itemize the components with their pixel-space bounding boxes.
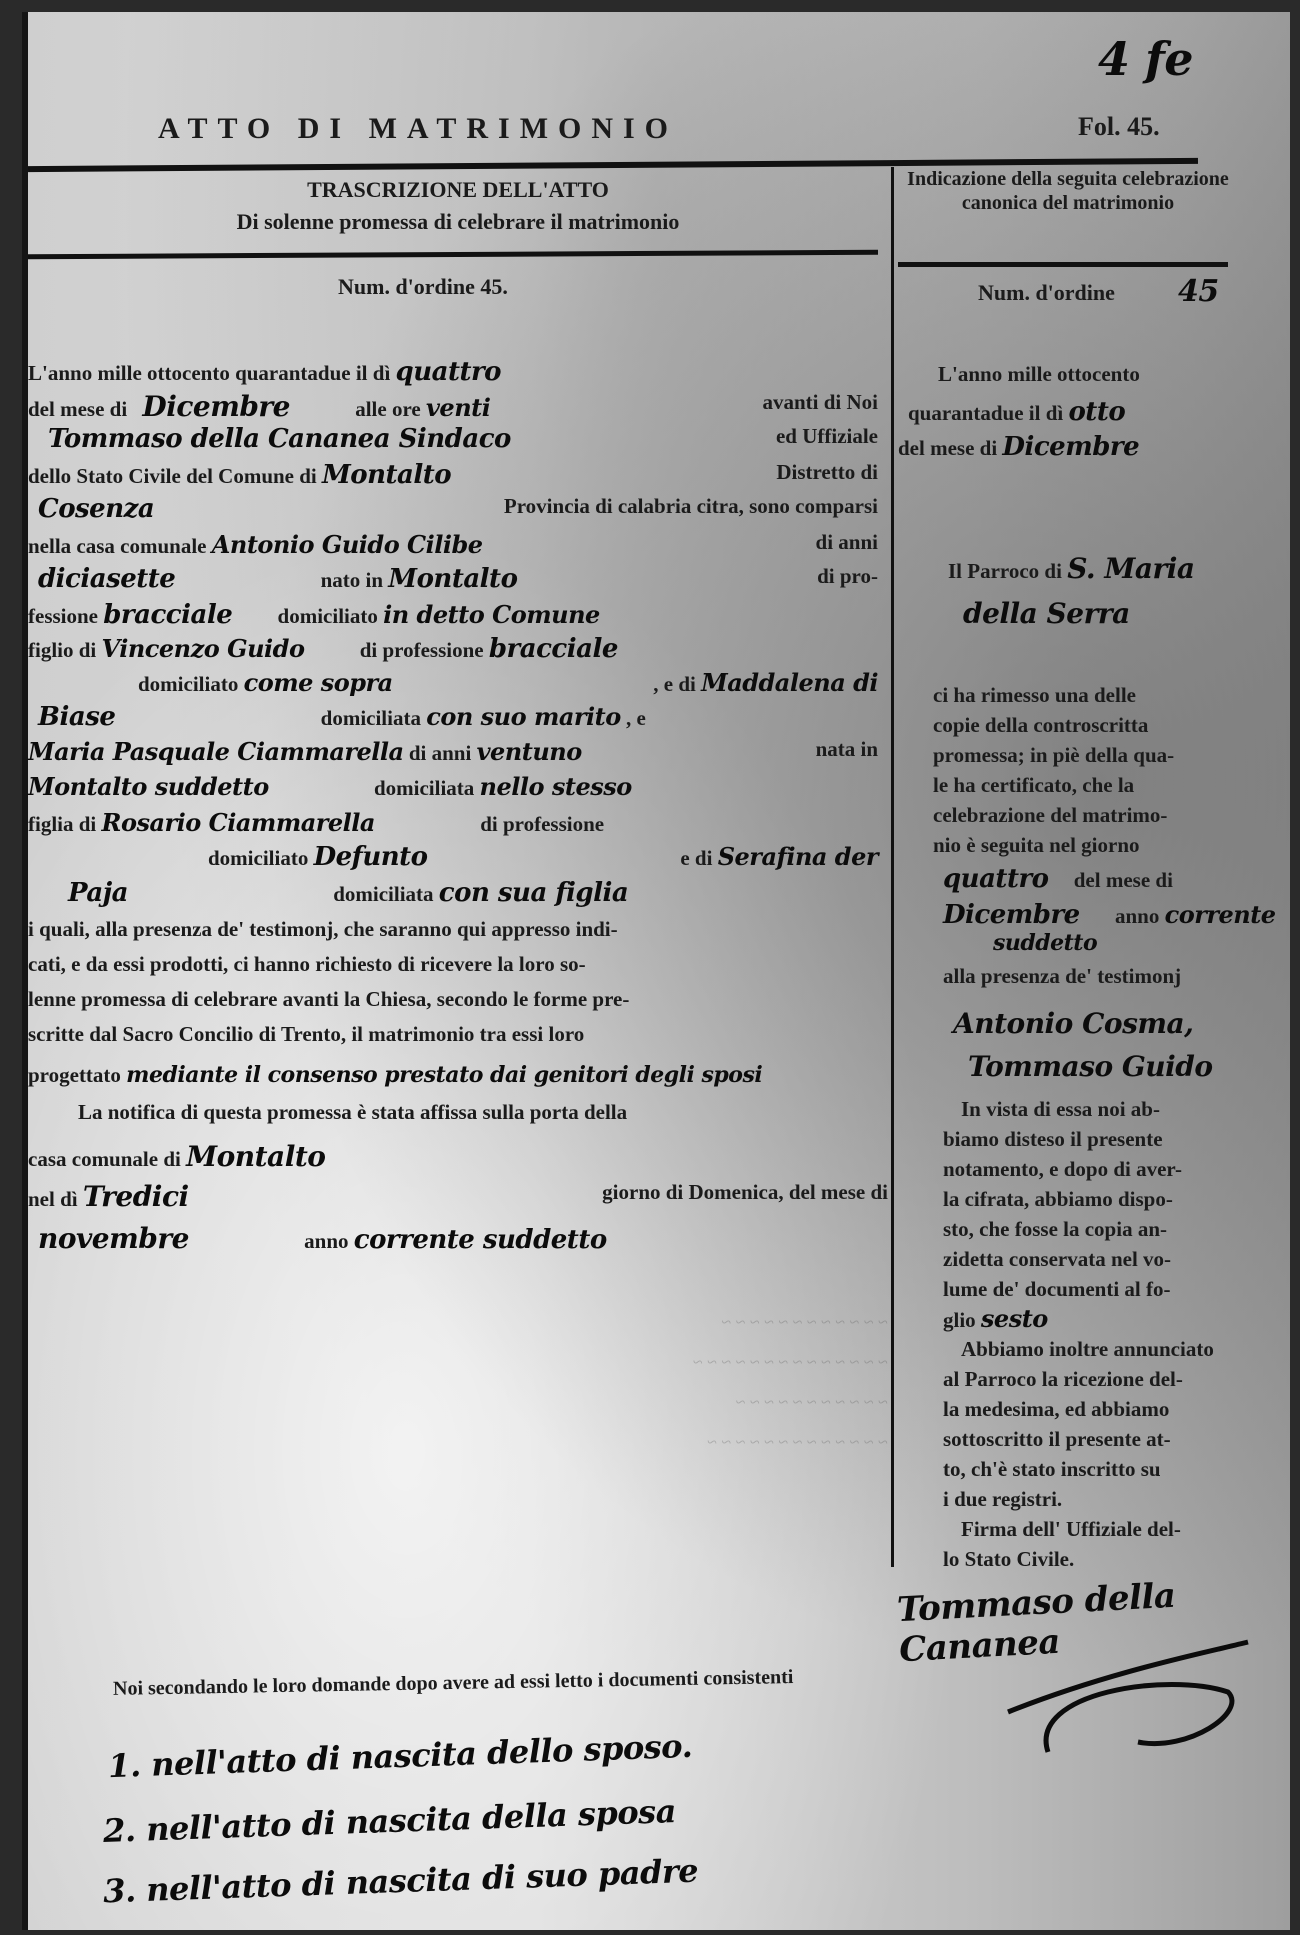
handwritten-father-profession: bracciale — [489, 634, 618, 664]
printed-text: di pro- — [817, 564, 878, 589]
printed-text: di anni — [816, 530, 878, 555]
left-heading-rule — [28, 250, 878, 259]
handwritten-notice-month: novembre — [38, 1222, 189, 1255]
abbiamo-line: al Parroco la ricezione del- — [943, 1364, 1214, 1394]
right-month-line: Dicembre anno corrente — [943, 900, 1276, 930]
printed-text: fessione — [28, 604, 98, 628]
printed-text: figlio di — [28, 638, 96, 662]
bleed-through-text: ~ ~ ~ ~ ~ ~ ~ ~ ~ ~ ~ ~~ ~ ~ ~ ~ ~ ~ ~ ~… — [128, 1302, 888, 1462]
right-heading-rule — [898, 262, 1228, 267]
handwritten-mother-surname-2: Paja — [68, 878, 128, 908]
left-order-number: Num. d'ordine 45. — [338, 274, 508, 300]
handwritten-bride-age: ventuno — [477, 737, 582, 766]
handwritten-groom: Antonio Guido Cilibe — [212, 530, 483, 559]
handwritten-parish-2: della Serra — [963, 597, 1130, 630]
witnesses-label: alla presenza de' testimonj — [943, 964, 1181, 989]
handwritten-parish: S. Maria — [1067, 552, 1194, 585]
printed-text: progettato — [28, 1063, 121, 1087]
record-line-2: del mese di Dicembre alle ore venti avan… — [28, 390, 878, 423]
handwritten-district: Cosenza — [38, 494, 154, 524]
printed-text: e di — [680, 846, 712, 870]
handwritten-officer: Tommaso della Cananea Sindaco — [48, 424, 511, 454]
abbiamo-line: lo Stato Civile. — [943, 1544, 1214, 1574]
handwritten-deceased: Defunto — [314, 842, 428, 872]
record-line-16: Paja domiciliata con sua figlia — [68, 878, 628, 908]
document-page: 4 fe ATTO DI MATRIMONIO Fol. 45. TRASCRI… — [22, 12, 1290, 1930]
handwritten-bride-father: Rosario Ciammarella — [102, 808, 375, 837]
handwritten-town-notice: Montalto — [186, 1140, 325, 1173]
left-heading: TRASCRIZIONE DELL'ATTO — [28, 177, 888, 203]
right-line-1: L'anno mille ottocento — [938, 362, 1140, 387]
printed-text: domiciliata — [333, 882, 433, 906]
handwritten-mother-surname: Biase — [38, 702, 115, 732]
body-line-3: lenne promessa di celebrare avanti la Ch… — [28, 987, 888, 1012]
abbiamo-line: to, ch'è stato inscritto su — [943, 1454, 1214, 1484]
record-line-14: figlia di Rosario Ciammarella di profess… — [28, 808, 604, 837]
document-title: ATTO DI MATRIMONIO — [158, 112, 678, 146]
handwritten-groom-mother: Maddalena di — [701, 668, 878, 697]
right-day-line: quattro del mese di — [943, 864, 1173, 894]
printed-text: , e di — [653, 672, 696, 696]
printed-text: , e — [626, 706, 646, 730]
vista-line: In vista di essa noi ab- — [943, 1094, 1182, 1124]
right-body-line: copie della controscritta — [933, 710, 1174, 740]
printed-text: anno — [1115, 904, 1159, 928]
signature-flourish-icon — [988, 1632, 1268, 1762]
abbiamo-line: i due registri. — [943, 1484, 1214, 1514]
record-line-12: Maria Pasquale Ciammarella di anni ventu… — [28, 737, 878, 766]
notice-line-4: novembre anno corrente suddetto — [38, 1222, 607, 1255]
document-item-1: 1. nell'atto di nascita dello sposo. — [108, 1727, 693, 1785]
right-body-line: le ha certificato, che la — [933, 770, 1174, 800]
printed-text: avanti di Noi — [762, 390, 878, 415]
handwritten-year: corrente — [1165, 900, 1276, 929]
vista-line: sto, che fosse la copia an- — [943, 1214, 1182, 1244]
right-body-line: ci ha rimesso una delle — [933, 680, 1174, 710]
record-line-11: Biase domiciliata con suo marito , e — [38, 702, 878, 732]
notice-line-1: La notifica di questa promessa è stata a… — [78, 1100, 627, 1125]
printed-text: di professione — [360, 638, 484, 662]
document-item-3: 3. nell'atto di nascita di suo padre — [103, 1852, 699, 1911]
abbiamo-line: Firma dell' Uffiziale del- — [943, 1514, 1214, 1544]
vista-line: la cifrata, abbiamo dispo- — [943, 1184, 1182, 1214]
printed-text: nella casa comunale — [28, 534, 207, 558]
body-line-1: i quali, alla presenza de' testimonj, ch… — [28, 917, 888, 942]
vista-line: notamento, e dopo di aver- — [943, 1154, 1182, 1184]
witness-2: Tommaso Guido — [968, 1050, 1213, 1083]
record-line-3: Tommaso della Cananea Sindaco ed Uffizia… — [48, 424, 878, 454]
abbiamo-line: la medesima, ed abbiamo — [943, 1394, 1214, 1424]
body-line-4: scritte dal Sacro Concilio di Trento, il… — [28, 1022, 888, 1047]
printed-text: nata in — [816, 737, 878, 762]
handwritten-profession: bracciale — [103, 600, 232, 630]
handwritten-day: quattro — [396, 357, 502, 387]
printed-text: nato in — [321, 568, 383, 592]
document-item-2: 2. nell'atto di nascita della sposa — [103, 1792, 677, 1850]
printed-text: nel dì — [28, 1187, 78, 1211]
handwritten-celebration-day: otto — [1068, 397, 1125, 427]
printed-text: glio — [943, 1308, 976, 1332]
handwritten-day: quattro — [943, 864, 1049, 894]
handwritten-month: Dicembre — [943, 900, 1080, 930]
handwritten-consent: mediante il consenso prestato dai genito… — [126, 1062, 762, 1088]
handwritten-with-husband: con suo marito — [426, 702, 621, 731]
glio-line: glio sesto — [943, 1304, 1048, 1333]
handwritten-birthplace: Montalto — [388, 564, 517, 594]
notice-line-2: casa comunale di Montalto — [28, 1140, 325, 1173]
printed-text: L'anno mille ottocento quarantadue il dì — [28, 361, 390, 385]
witness-1: Antonio Cosma, — [953, 1007, 1193, 1040]
printed-text: Il Parroco di — [948, 559, 1062, 583]
printed-text: ed Uffiziale — [776, 424, 878, 449]
printed-text: domiciliata — [321, 706, 421, 730]
right-line-2: quarantadue il dì otto — [908, 397, 1125, 427]
handwritten-same-place: nello stesso — [480, 772, 632, 801]
printed-text: giorno di Domenica, del mese di — [602, 1180, 888, 1205]
record-line-4: dello Stato Civile del Comune di Montalt… — [28, 460, 878, 490]
vista-line: biamo disteso il presente — [943, 1124, 1182, 1154]
handwritten-notice-day: Tredici — [83, 1180, 189, 1213]
notice-line-3: nel dì Tredici giorno di Domenica, del m… — [28, 1180, 888, 1213]
record-line-8: fessione bracciale domiciliato in detto … — [28, 600, 600, 630]
folio-number: Fol. 45. — [1078, 112, 1160, 142]
printed-text: del mese di — [1074, 868, 1173, 892]
handwritten-bride-mother: Serafina der — [718, 842, 878, 871]
printed-text: casa comunale di — [28, 1147, 181, 1171]
abbiamo-paragraph: Abbiamo inoltre annunciato al Parroco la… — [943, 1334, 1214, 1574]
record-line-7: diciasette nato in Montalto di pro- — [38, 564, 878, 594]
handwritten-bride-birthplace: Montalto suddetto — [28, 772, 269, 801]
record-line-1: L'anno mille ottocento quarantadue il dì… — [28, 357, 501, 387]
printed-text: di professione — [480, 812, 604, 836]
right-line-3: del mese di Dicembre — [898, 432, 1139, 462]
record-line-5: Cosenza Provincia di calabria citra, son… — [38, 494, 878, 524]
right-heading: Indicazione della seguita celebrazione c… — [898, 167, 1238, 215]
right-body-line: celebrazione del matrimo- — [933, 800, 1174, 830]
body-line-5: progettato mediante il consenso prestato… — [28, 1062, 762, 1088]
printed-text: dello Stato Civile del Comune di — [28, 464, 317, 488]
handwritten-with-daughter: con sua figlia — [439, 878, 628, 908]
printed-text: del mese di — [898, 436, 997, 460]
printed-text: alle ore — [355, 397, 421, 421]
vista-line: zidetta conservata nel vo- — [943, 1244, 1182, 1274]
handwritten-residence: in detto Comune — [383, 600, 600, 629]
left-subheading: Di solenne promessa di celebrare il matr… — [28, 209, 888, 235]
printed-text: figlia di — [28, 812, 96, 836]
right-body-line: promessa; in piè della qua- — [933, 740, 1174, 770]
handwritten-age: diciasette — [38, 564, 175, 594]
column-divider — [891, 167, 894, 1567]
printed-text: quarantadue il dì — [908, 401, 1063, 425]
vista-paragraph: In vista di essa noi ab- biamo disteso i… — [943, 1094, 1182, 1304]
abbiamo-line: Abbiamo inoltre annunciato — [943, 1334, 1214, 1364]
abbiamo-line: sottoscritto il presente at- — [943, 1424, 1214, 1454]
record-line-10: domiciliato come sopra , e di Maddalena … — [138, 668, 878, 697]
handwritten-celebration-month: Dicembre — [1002, 432, 1139, 462]
printed-text: domiciliato — [278, 604, 378, 628]
right-body-line: nio è seguita nel giorno — [933, 830, 1174, 860]
printed-text: domiciliata — [374, 776, 474, 800]
printed-text: domiciliato — [208, 846, 308, 870]
right-body: ci ha rimesso una delle copie della cont… — [933, 680, 1174, 860]
right-order-value: 45 — [1178, 274, 1219, 309]
bottom-printed-line: Noi secondando le loro domande dopo aver… — [113, 1666, 794, 1701]
body-line-2: cati, e da essi prodotti, ci hanno richi… — [28, 952, 888, 977]
handwritten-town: Montalto — [322, 460, 451, 490]
handwritten-year-2: suddetto — [993, 930, 1097, 956]
parroco-line: Il Parroco di S. Maria — [948, 552, 1195, 585]
record-line-6: nella casa comunale Antonio Guido Cilibe… — [28, 530, 878, 559]
handwritten-groom-father: Vincenzo Guido — [102, 634, 305, 663]
right-order-label: Num. d'ordine — [978, 280, 1115, 306]
corner-annotation: 4 fe — [1098, 32, 1193, 86]
handwritten-same: come sopra — [244, 668, 393, 697]
record-line-15: domiciliato Defunto e di Serafina der — [208, 842, 878, 872]
record-line-9: figlio di Vincenzo Guido di professione … — [28, 634, 618, 664]
vista-line: lume de' documenti al fo- — [943, 1274, 1182, 1304]
record-line-13: Montalto suddetto domiciliata nello stes… — [28, 772, 632, 801]
handwritten-bride: Maria Pasquale Ciammarella — [28, 737, 404, 766]
handwritten-notice-year: corrente suddetto — [354, 1225, 607, 1255]
printed-text: del mese di — [28, 397, 127, 421]
printed-text: Distretto di — [776, 460, 878, 485]
printed-text: anno — [304, 1229, 348, 1253]
handwritten-folio: sesto — [981, 1304, 1048, 1333]
printed-text: di anni — [409, 741, 471, 765]
printed-text: domiciliato — [138, 672, 238, 696]
handwritten-hour: venti — [426, 393, 490, 422]
handwritten-month: Dicembre — [142, 390, 290, 423]
printed-text: Provincia di calabria citra, sono compar… — [504, 494, 878, 519]
